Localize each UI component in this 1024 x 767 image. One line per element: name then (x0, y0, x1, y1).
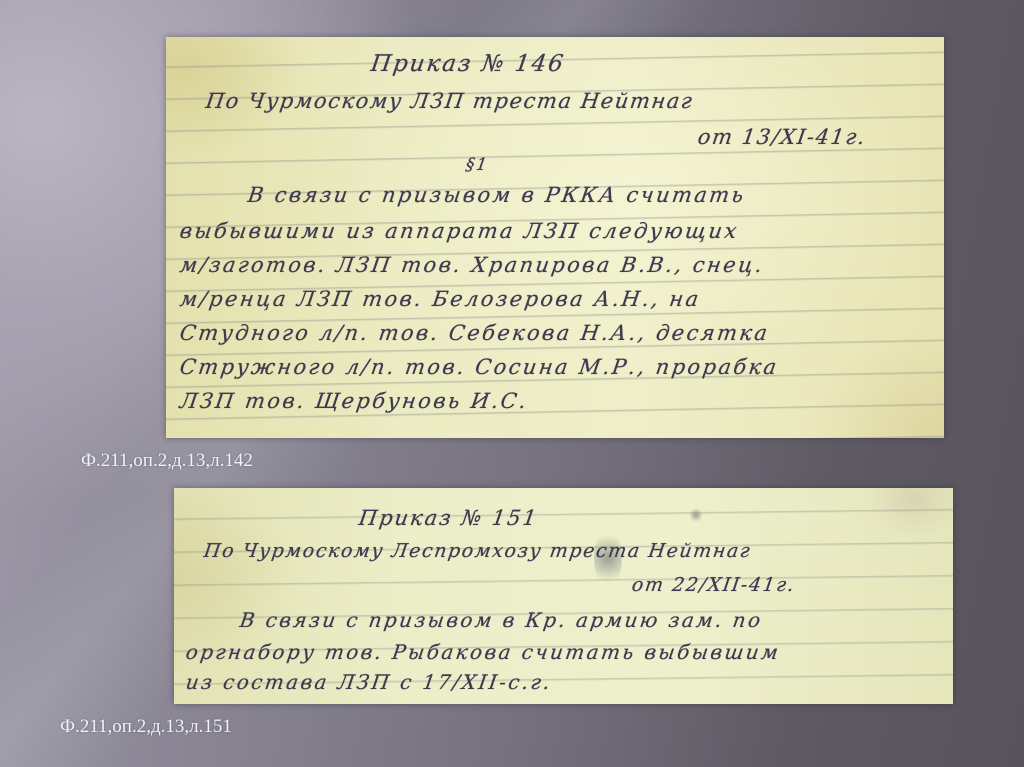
archive-document-scan-2: Приказ № 151 По Чурмоскому Леспромхозу т… (174, 488, 953, 704)
document-subtitle: По Чурмоскому Леспромхозу треста Нейтнаг (202, 540, 752, 562)
ink-smudge (689, 508, 703, 522)
document-title: Приказ № 146 (369, 51, 567, 77)
document-date: от 13/XI-41г. (696, 125, 868, 149)
document-line: ЛЗП тов. Щербуновь И.С. (178, 389, 530, 413)
archive-citation-1: Ф.211,оп.2,д.13,л.142 (81, 450, 253, 472)
document-section: §1 (465, 155, 490, 175)
document-line: м/ренца ЛЗП тов. Белозерова А.Н., на (178, 287, 702, 311)
document-date: от 22/XII-41г. (630, 574, 796, 596)
document-line: Стружного л/п. тов. Сосина М.Р., прорабк… (178, 355, 780, 379)
document-subtitle: По Чурмоскому ЛЗП треста Нейтнаг (204, 89, 695, 113)
document-title: Приказ № 151 (357, 506, 539, 530)
archive-citation-2: Ф.211,оп.2,д.13,л.151 (60, 716, 232, 738)
archive-document-scan-1: Приказ № 146 По Чурмоскому ЛЗП треста Не… (166, 37, 944, 438)
slide: Приказ № 146 По Чурмоскому ЛЗП треста Не… (0, 0, 1024, 767)
document-line: м/заготов. ЛЗП тов. Храпирова В.В., снец… (178, 253, 766, 277)
document-line: В связи с призывом в РККА считать (246, 183, 747, 207)
document-line: Студного л/п. тов. Себекова Н.А., десятк… (178, 321, 771, 345)
document-line: выбывшими из аппарата ЛЗП следующих (178, 219, 740, 243)
document-line: из состава ЛЗП с 17/XII-с.г. (184, 670, 553, 694)
document-line: В связи с призывом в Кр. армию зам. по (238, 608, 764, 632)
document-line: оргнабору тов. Рыбакова считать выбывшим (184, 640, 782, 664)
